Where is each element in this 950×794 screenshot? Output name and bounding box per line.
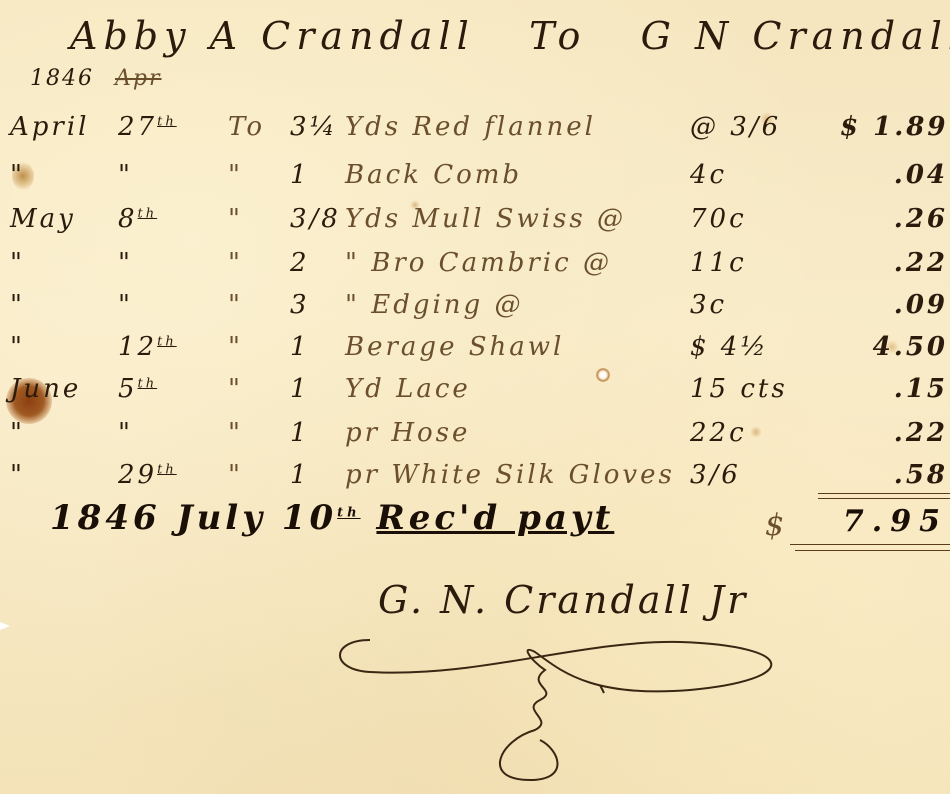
item-amount: .04 — [840, 160, 948, 190]
item-day: " — [118, 418, 133, 448]
item-day: 8 — [118, 204, 138, 234]
item-rate: 3/6 — [690, 460, 741, 490]
item-to: " — [228, 248, 243, 278]
receipt-note: Rec'd payt — [376, 498, 614, 538]
item-day-suffix: th — [138, 206, 158, 221]
item-to: " — [228, 204, 243, 234]
receipt-year: 1846 — [50, 498, 161, 538]
item-month: " — [10, 460, 25, 490]
item-quantity: 1 — [290, 418, 310, 448]
total-amount: 7.95 — [820, 504, 948, 539]
item-description: " Bro Cambric @ — [345, 248, 612, 278]
item-day-cell: " — [118, 418, 133, 448]
item-amount: $ 1.89 — [840, 112, 948, 142]
item-quantity: 3 — [290, 290, 310, 320]
item-day: " — [118, 160, 133, 190]
item-to: To — [228, 112, 265, 142]
item-quantity: 1 — [290, 332, 310, 362]
item-amount: 4.50 — [840, 332, 948, 362]
item-quantity: 1 — [290, 160, 310, 190]
item-to: " — [228, 460, 243, 490]
item-rate: 11c — [690, 248, 747, 278]
item-day-cell: " — [118, 248, 133, 278]
item-quantity: 3/8 — [290, 204, 341, 234]
item-day: 29 — [118, 460, 157, 490]
bill-header: Abby A Crandall To G N Crandall Jr — [70, 14, 950, 58]
item-month: " — [10, 332, 25, 362]
debtor-name: Abby A Crandall — [70, 14, 475, 58]
receipt-month: July — [176, 498, 265, 538]
item-day-cell: 29th — [118, 460, 177, 490]
item-amount: .09 — [840, 290, 948, 320]
line-item-row: "12th"1Berage Shawl$ 4½4.50 — [0, 332, 950, 376]
item-rate: 70c — [690, 204, 747, 234]
item-description: Berage Shawl — [345, 332, 564, 362]
item-quantity: 3¼ — [290, 112, 338, 142]
item-day-cell: 12th — [118, 332, 177, 362]
line-item-row: """3" Edging @3c.09 — [0, 290, 950, 334]
item-month: June — [10, 374, 81, 404]
item-day-cell: 8th — [118, 204, 157, 234]
line-item-row: May8th"3/8Yds Mull Swiss @70c.26 — [0, 204, 950, 248]
item-month: April — [10, 112, 89, 142]
item-description: " Edging @ — [345, 290, 523, 320]
item-description: pr White Silk Gloves — [345, 460, 675, 490]
item-day: 12 — [118, 332, 157, 362]
item-rate: $ 4½ — [690, 332, 769, 362]
item-description: Yds Red flannel — [345, 112, 596, 142]
line-item-row: June5th"1Yd Lace15 cts.15 — [0, 374, 950, 418]
item-quantity: 2 — [290, 248, 310, 278]
item-month: " — [10, 418, 25, 448]
item-day-suffix: th — [138, 376, 158, 391]
item-rate: @ 3/6 — [690, 112, 781, 142]
total-underline — [790, 544, 950, 545]
item-day: " — [118, 290, 133, 320]
signature-flourish-icon — [330, 630, 810, 790]
line-item-row: """2" Bro Cambric @11c.22 — [0, 248, 950, 292]
item-to: " — [228, 332, 243, 362]
item-to: " — [228, 418, 243, 448]
item-amount: .22 — [840, 418, 948, 448]
item-day-cell: " — [118, 160, 133, 190]
item-month: " — [10, 290, 25, 320]
total-underline — [795, 550, 950, 551]
item-amount: .58 — [840, 460, 948, 490]
dollar-sign: $ — [765, 508, 786, 543]
item-quantity: 1 — [290, 460, 310, 490]
signature: G. N. Crandall Jr — [378, 578, 748, 622]
item-day-suffix: th — [157, 334, 177, 349]
item-day: 27 — [118, 112, 157, 142]
sum-rule — [818, 498, 950, 499]
sum-rule — [818, 493, 950, 494]
item-description: Yd Lace — [345, 374, 471, 404]
year-line: 1846 Apr — [30, 66, 162, 91]
item-rate: 3c — [690, 290, 727, 320]
item-month: May — [10, 204, 76, 234]
receipt-day-suffix: th — [337, 506, 360, 521]
line-item-row: """1pr Hose22c.22 — [0, 418, 950, 462]
item-day-suffix: th — [157, 114, 177, 129]
item-day: 5 — [118, 374, 138, 404]
item-month: " — [10, 160, 25, 190]
item-amount: .15 — [840, 374, 948, 404]
item-day-suffix: th — [157, 462, 177, 477]
receipt-day: 10 — [282, 498, 337, 538]
year: 1846 — [30, 66, 94, 91]
item-to: " — [228, 290, 243, 320]
item-day-cell: 27th — [118, 112, 177, 142]
item-day-cell: " — [118, 290, 133, 320]
item-rate: 22c — [690, 418, 747, 448]
item-quantity: 1 — [290, 374, 310, 404]
line-item-row: April27thTo3¼Yds Red flannel@ 3/6$ 1.89 — [0, 112, 950, 156]
creditor-name: G N Crandall Jr — [641, 14, 950, 58]
to-word: To — [529, 14, 586, 58]
item-day-cell: 5th — [118, 374, 157, 404]
line-item-row: """1Back Comb4c.04 — [0, 160, 950, 204]
item-description: Back Comb — [345, 160, 522, 190]
item-amount: .22 — [840, 248, 948, 278]
item-description: Yds Mull Swiss @ — [345, 204, 626, 234]
struck-word: Apr — [115, 66, 162, 91]
item-to: " — [228, 374, 243, 404]
item-amount: .26 — [840, 204, 948, 234]
item-rate: 15 cts — [690, 374, 788, 404]
item-month: " — [10, 248, 25, 278]
receipt-line: 1846 July 10th Rec'd payt — [50, 498, 614, 538]
item-description: pr Hose — [345, 418, 470, 448]
item-rate: 4c — [690, 160, 727, 190]
item-day: " — [118, 248, 133, 278]
item-to: " — [228, 160, 243, 190]
